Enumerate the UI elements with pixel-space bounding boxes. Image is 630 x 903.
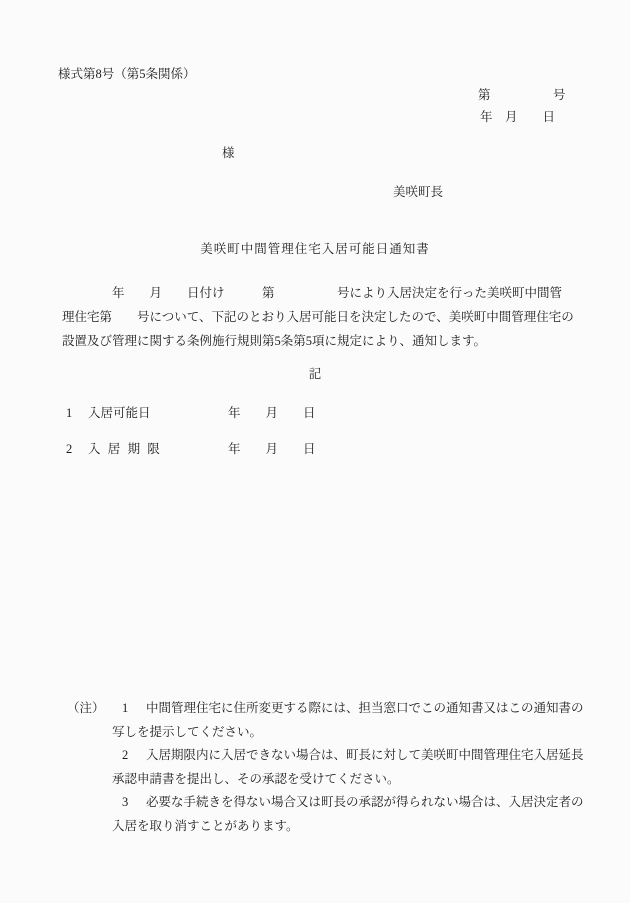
body-line-1: 年 月 日付け 第 号により入居決定を行った美咲町中間管 bbox=[62, 281, 582, 305]
notes-block: 1中間管理住宅に住所変更する際には、担当窓口でこの通知書又はこの通知書の 写しを… bbox=[112, 697, 582, 838]
note-3-line-1: 3必要な手続きを得ない場合又は町長の承認が得られない場合は、入居決定者の bbox=[112, 791, 582, 815]
item-2-number: 2 bbox=[66, 437, 88, 461]
ki-heading: 記 bbox=[0, 362, 630, 386]
note-1-number: 1 bbox=[122, 697, 146, 721]
item-1-label: 入居可能日 bbox=[88, 406, 151, 420]
document-page: 様式第8号（第5条関係） 第 号 年 月 日 様 美咲町長 美咲町中間管理住宅入… bbox=[0, 0, 630, 903]
body-line-2: 理住宅第 号について、下記のとおり入居可能日を決定したので、美咲町中間管理住宅の bbox=[62, 305, 582, 329]
note-2-number: 2 bbox=[122, 744, 146, 768]
addressee-suffix: 様 bbox=[222, 141, 235, 165]
note-3-number: 3 bbox=[122, 791, 146, 815]
note-1-line-1: 1中間管理住宅に住所変更する際には、担当窓口でこの通知書又はこの通知書の bbox=[112, 697, 582, 721]
item-2-date-blank: 年 月 日 bbox=[228, 437, 316, 461]
item-1-label-wrap: 1入居可能日 bbox=[66, 401, 151, 425]
item-2-label: 入居期限 bbox=[88, 442, 167, 456]
note-2-line-2: 承認申請書を提出し、その承認を受けてください。 bbox=[112, 768, 582, 792]
note-1-line-2: 写しを提示してください。 bbox=[112, 721, 582, 745]
item-1-date-blank: 年 月 日 bbox=[228, 401, 316, 425]
note-2-text: 入居期限内に入居できない場合は、町長に対して美咲町中間管理住宅入居延長 bbox=[146, 748, 584, 762]
note-3-text: 必要な手続きを得ない場合又は町長の承認が得られない場合は、入居決定者の bbox=[146, 795, 584, 809]
sender-name: 美咲町長 bbox=[393, 180, 443, 204]
document-title: 美咲町中間管理住宅入居可能日通知書 bbox=[0, 237, 630, 261]
body-paragraph: 年 月 日付け 第 号により入居決定を行った美咲町中間管 理住宅第 号について、… bbox=[62, 281, 582, 353]
note-1-text: 中間管理住宅に住所変更する際には、担当窓口でこの通知書又はこの通知書の bbox=[146, 701, 584, 715]
item-1-number: 1 bbox=[66, 401, 88, 425]
item-row-move-in-deadline: 2入居期限 年 月 日 bbox=[0, 437, 630, 461]
body-line-3: 設置及び管理に関する条例施行規則第5条第5項に規定により、通知します。 bbox=[62, 329, 582, 353]
form-number: 様式第8号（第5条関係） bbox=[58, 62, 196, 86]
notes-label: （注） bbox=[67, 697, 105, 721]
doc-number-blank: 第 号 bbox=[478, 83, 566, 107]
note-2-line-1: 2入居期限内に入居できない場合は、町長に対して美咲町中間管理住宅入居延長 bbox=[112, 744, 582, 768]
item-2-label-wrap: 2入居期限 bbox=[66, 437, 167, 461]
item-row-move-in-date: 1入居可能日 年 月 日 bbox=[0, 401, 630, 425]
note-3-line-2: 入居を取り消すことがあります。 bbox=[112, 815, 582, 839]
header-date-blank: 年 月 日 bbox=[480, 105, 555, 129]
